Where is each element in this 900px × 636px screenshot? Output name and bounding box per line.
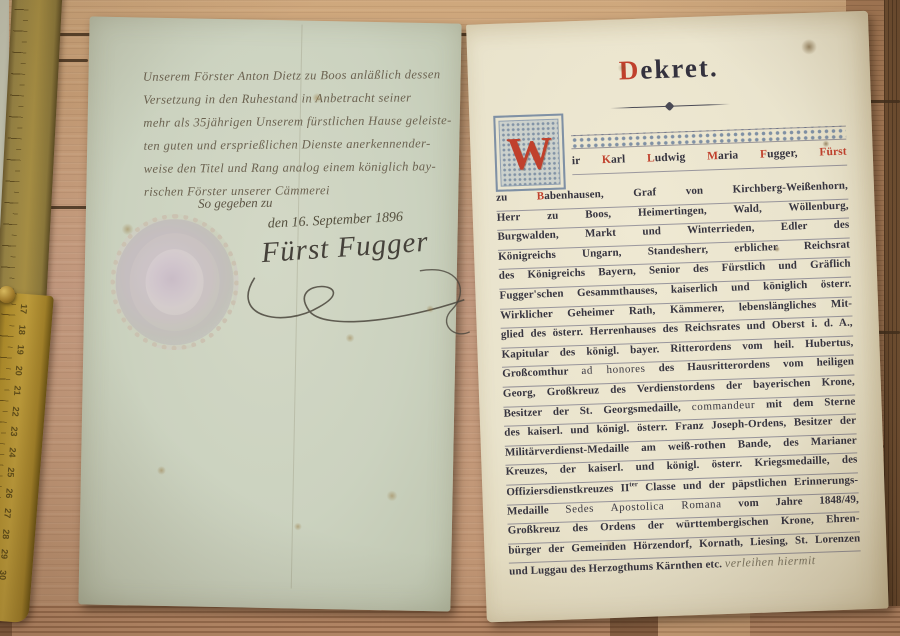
handwriting-line: ten guten und ersprießlichen Dienste ane… (143, 132, 447, 158)
decree-first-row: W ir Karl Ludwig Maria Fugger, Fürst (493, 104, 847, 192)
foxing-spot (386, 490, 397, 501)
decree-lines: zu Babenhausen, Graf von Kirchberg-Weiße… (496, 180, 861, 584)
decree-text-segment: Offiziersdienstkreuzes II (506, 482, 629, 498)
decree-text-segment: udwig (655, 150, 708, 164)
handwritten-letter: Unserem Förster Anton Dietz zu Boos anlä… (78, 16, 461, 611)
decree-text-segment: ad honores (581, 363, 646, 377)
wood-plank-far-right (884, 0, 900, 636)
ruler-number: 30 (0, 569, 8, 580)
handwriting-lines: Unserem Förster Anton Dietz zu Boos anlä… (143, 63, 448, 204)
handwriting-line: mehr als 35jährigen Unserem fürstlichen … (143, 109, 447, 135)
ruler-number: 17 (18, 304, 29, 315)
decree-text-segment: Fürst (819, 146, 847, 159)
ruler-number: 29 (0, 549, 10, 560)
ruler-number: 24 (7, 447, 18, 458)
ruler-number: 28 (1, 528, 12, 539)
ornate-drop-cap: W (493, 113, 566, 191)
handwriting-line: weise den Titel und Rang analog einem kö… (144, 155, 448, 181)
handwriting-line: Versetzung in den Ruhestand in Anbetrach… (143, 86, 447, 112)
decree-text-segment: M (707, 150, 718, 162)
ruler-number: 26 (4, 487, 15, 498)
handwritten-note: verleihen hiermit (725, 553, 816, 570)
decree-text-segment: Großcomthur (502, 365, 582, 380)
title-rest: ekret. (640, 52, 719, 85)
decree-text-segment: ter (629, 481, 638, 488)
ruler-number: 21 (12, 385, 23, 396)
decree-document: Dekret. W ir Karl Ludwig Maria Fugger, F… (466, 11, 889, 623)
decree-text-segment: mit dem Sterne (755, 395, 856, 410)
foxing-spot (294, 522, 302, 530)
decree-line: ir Karl Ludwig Maria Fugger, Fürst (572, 146, 848, 175)
decree-text-segment: ugger, (767, 147, 820, 161)
seal-center (145, 251, 198, 308)
decree-first-column: ir Karl Ludwig Maria Fugger, Fürst (563, 104, 847, 190)
ruler-number: 27 (2, 508, 13, 519)
foxing-spot (157, 466, 166, 475)
decree-text-segment: zu (496, 190, 537, 203)
ruler-number: 25 (6, 467, 17, 478)
closing-line: So gegeben zu (198, 195, 273, 212)
drop-cap-letter: W (506, 125, 554, 180)
ruler-number: 18 (17, 324, 28, 335)
photo-scene: 1718192021222324252627282930 Unserem För… (0, 0, 900, 636)
handwriting-line: Unserem Förster Anton Dietz zu Boos anlä… (143, 63, 447, 89)
handwriting-line: rischen Förster unserer Cämmerei (144, 178, 448, 204)
ruler-number: 23 (9, 426, 20, 437)
decree-text-segment: aria (718, 149, 760, 162)
decree-text-segment: commandeur (692, 398, 756, 412)
ornament-band (571, 126, 846, 150)
ruler-number: 20 (14, 365, 25, 376)
decree-text-segment: ir (572, 154, 602, 167)
decree-body: W ir Karl Ludwig Maria Fugger, Fürst zu … (493, 104, 861, 584)
decree-text-segment: Medaille (507, 503, 566, 517)
decree-text-segment: arl (611, 153, 648, 166)
ruler-number: 19 (15, 344, 26, 355)
ruler-number: 22 (10, 406, 21, 417)
